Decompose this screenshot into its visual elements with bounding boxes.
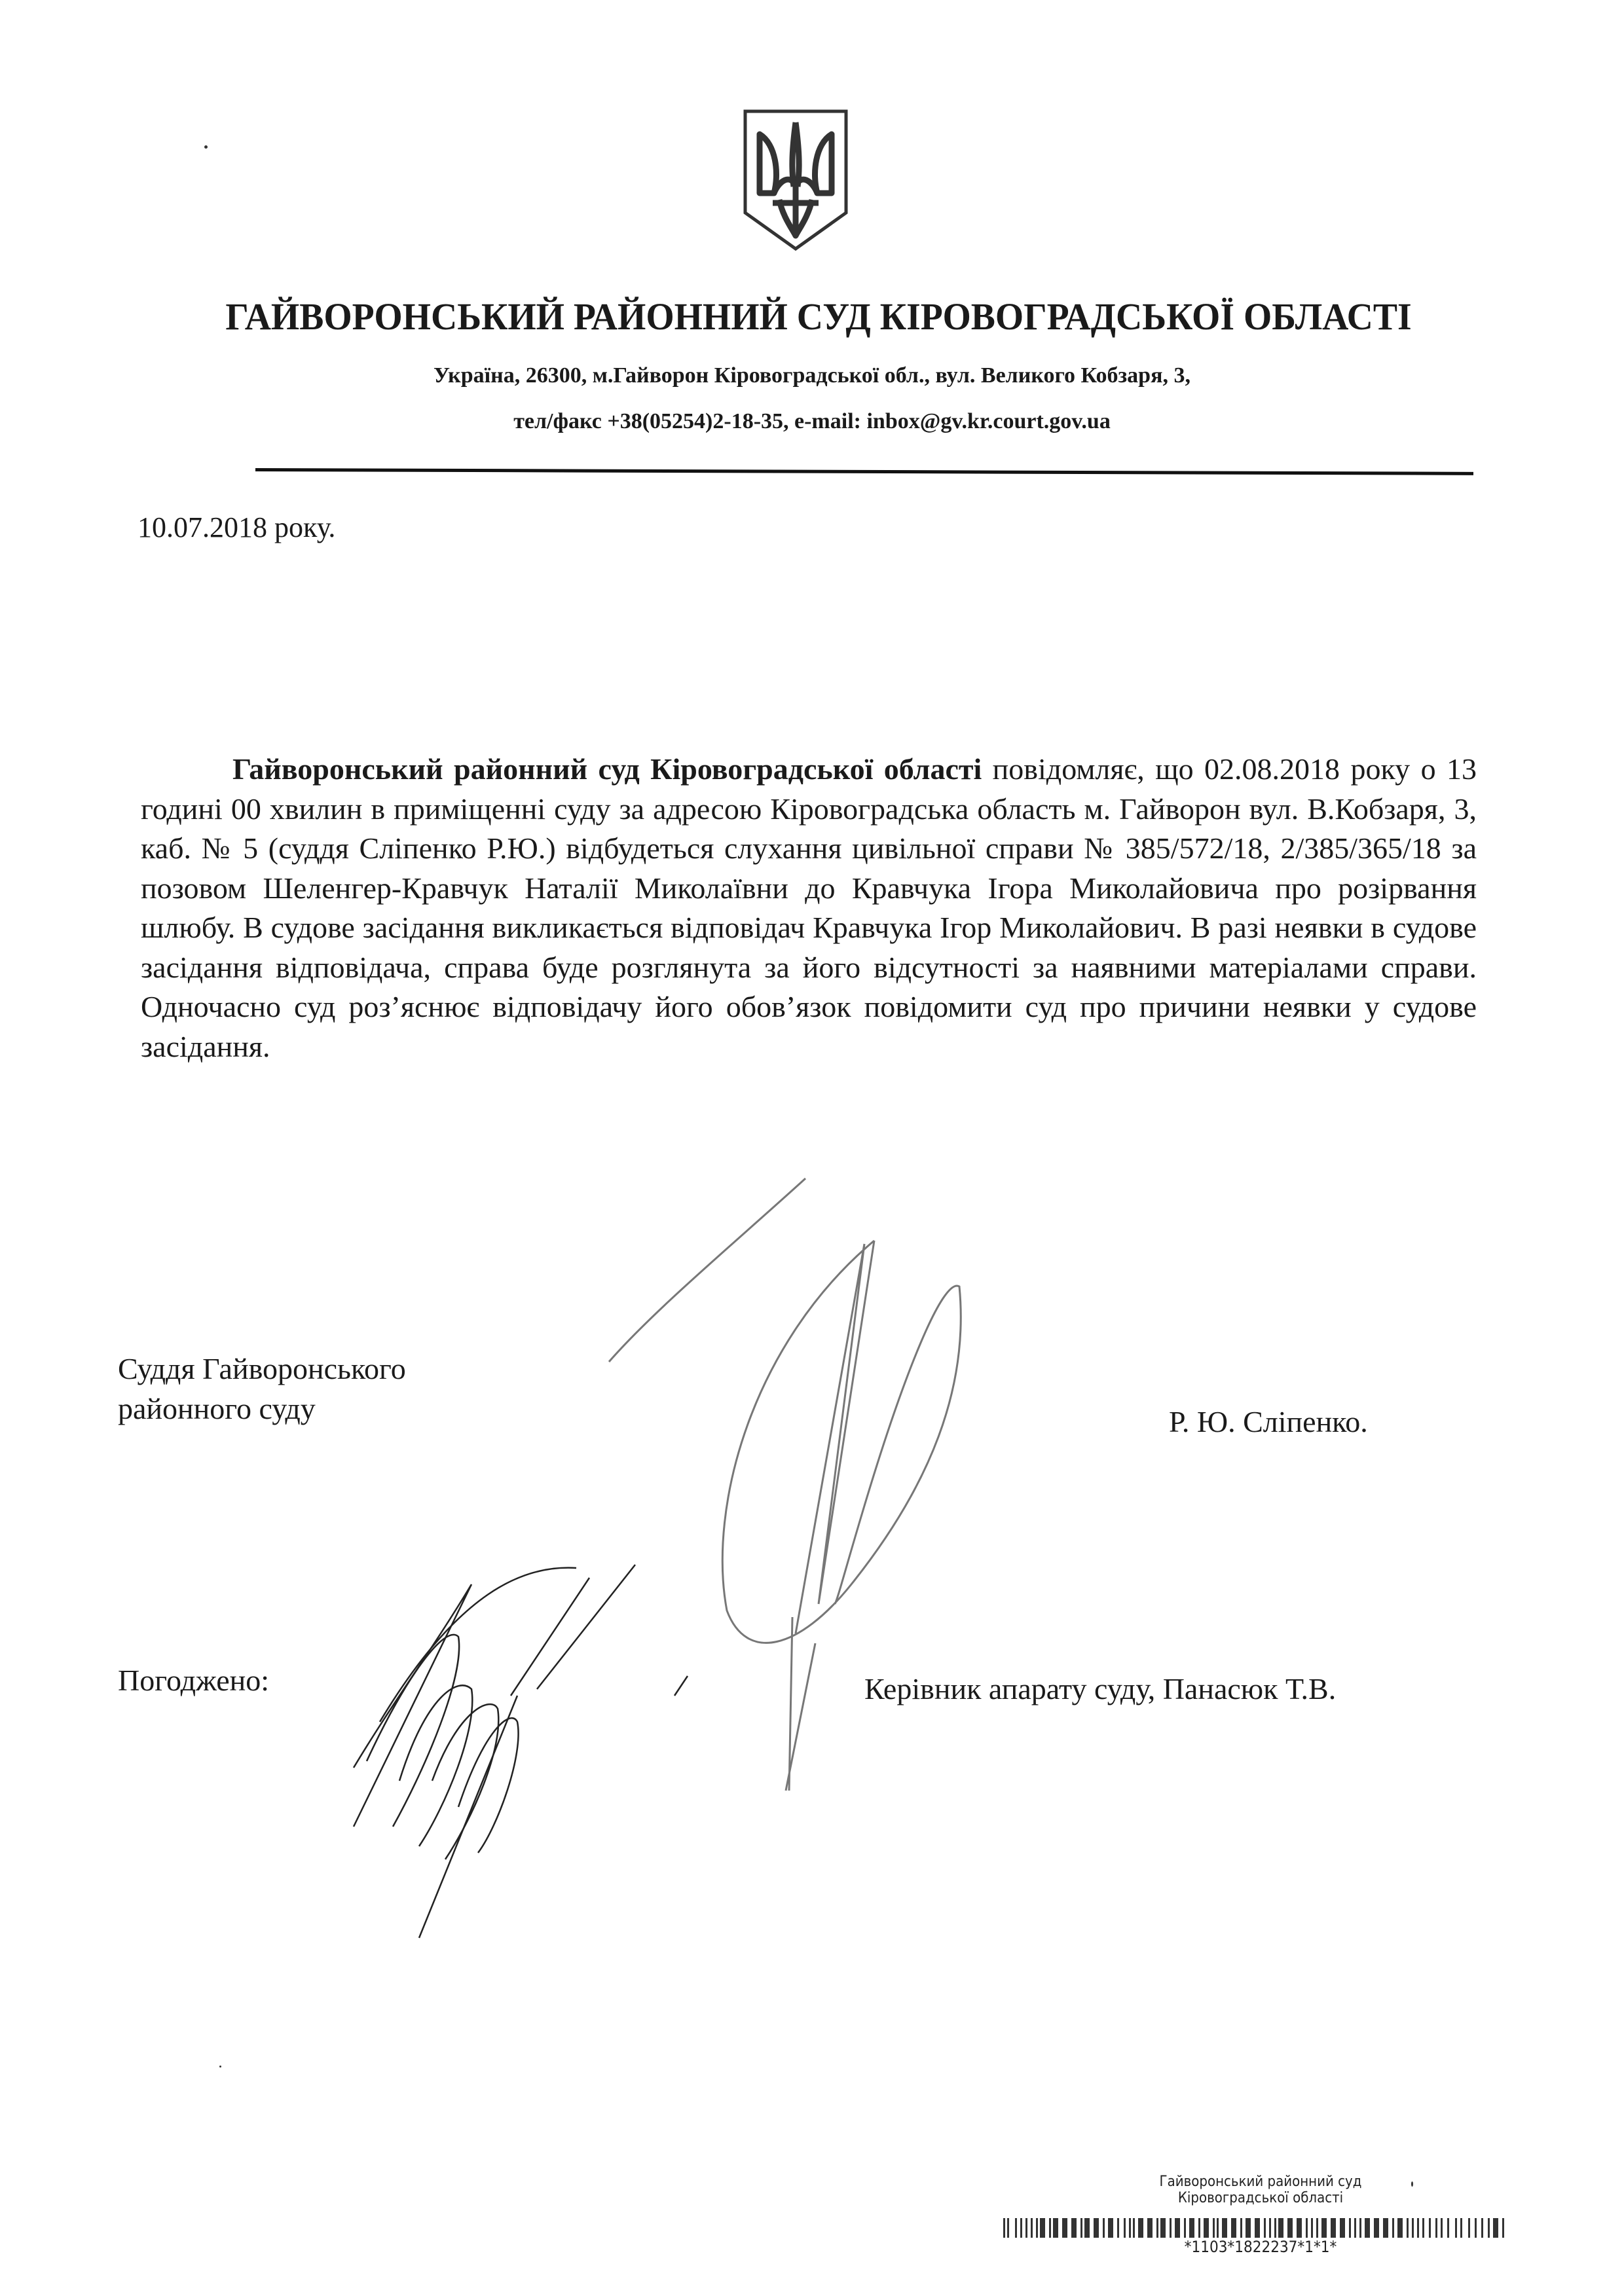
scan-speck: [219, 2066, 221, 2068]
header-divider: [255, 468, 1473, 475]
registry-stamp-line2: Кіровоградської області: [1040, 2190, 1482, 2206]
chief-signature-icon: [354, 1565, 688, 1938]
notice-body: Гайворонський районний суд Кіровоградськ…: [141, 750, 1477, 1066]
court-contacts: тел/факс +38(05254)2-18-35, e-mail: inbo…: [196, 409, 1428, 434]
judge-title-line2: районного суду: [118, 1389, 406, 1429]
coat-of-arms-icon: [740, 108, 851, 252]
judge-title-line1: Суддя Гайворонського: [118, 1349, 406, 1389]
court-title: ГАЙВОРОНСЬКИЙ РАЙОННИЙ СУД КІРОВОГРАДСЬК…: [190, 295, 1447, 338]
agreed-label: Погоджено:: [118, 1663, 269, 1698]
court-address: Україна, 26300, м.Гайворон Кіровоградськ…: [196, 363, 1428, 388]
handwritten-signatures: [0, 0, 1624, 2296]
barcode-number: *1103*1822237*1*1*: [1040, 2238, 1482, 2256]
registry-stamp: Гайворонський районний суд Кіровоградськ…: [1040, 2174, 1482, 2206]
registry-stamp-line1: Гайворонський районний суд: [1040, 2174, 1482, 2190]
judge-name: Р. Ю. Сліпенко.: [1169, 1404, 1368, 1439]
document-date: 10.07.2018 року.: [138, 511, 335, 544]
barcode-icon: [1003, 2218, 1507, 2238]
notice-body-lead: Гайворонський районний суд Кіровоградськ…: [232, 752, 982, 786]
judge-title: Суддя Гайворонського районного суду: [118, 1349, 406, 1429]
chief-of-staff-name: Керівник апарату суду, Панасюк Т.В.: [864, 1671, 1336, 1706]
scan-speck: [204, 145, 208, 149]
notice-body-text: повідомляє, що 02.08.2018 року о 13 годи…: [141, 752, 1477, 1063]
